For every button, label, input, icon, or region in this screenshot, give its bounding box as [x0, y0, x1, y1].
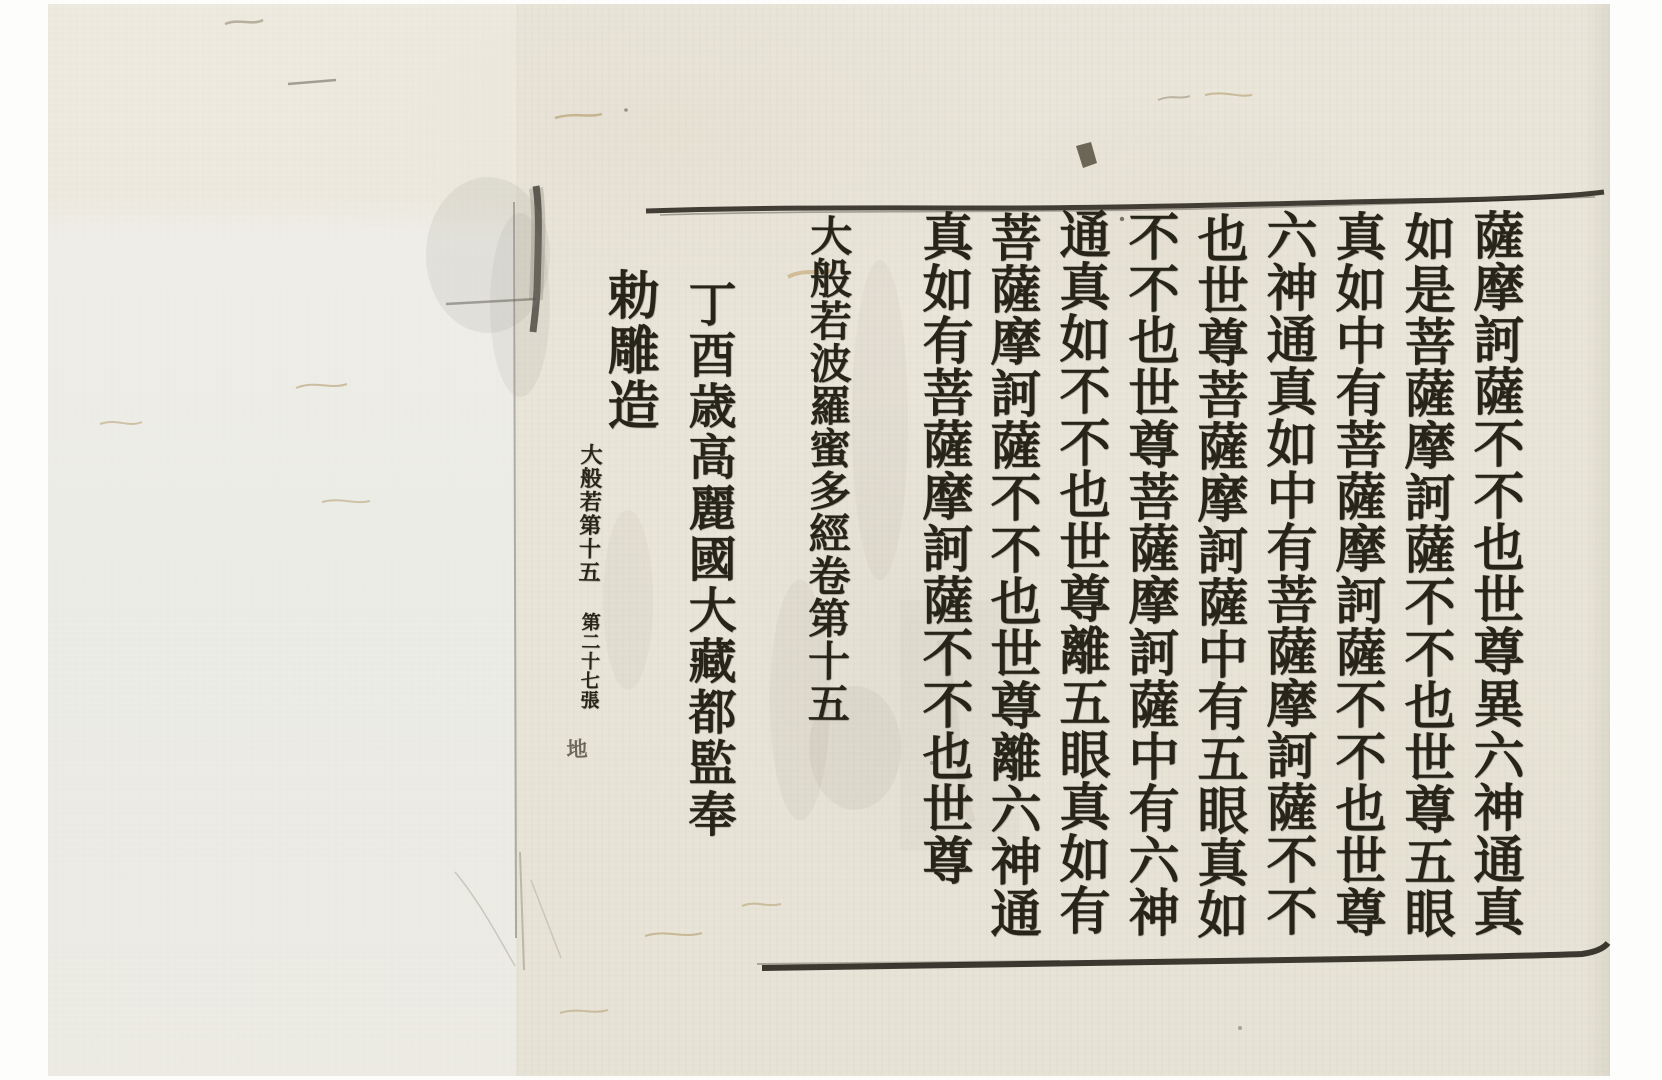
sutra-column-3: 真如中有菩薩摩訶薩不不也世尊 [1330, 210, 1381, 938]
sutra-column-7: 通真如不不也世尊離五眼真如有 [1054, 208, 1105, 936]
printed-text-layer: 薩摩訶薩不不也世尊異六神通真 如是菩薩摩訶薩不不也世尊五眼 真如中有菩薩摩訶薩不… [0, 0, 1662, 1080]
sheet-mark-number: 第二十七張 [578, 612, 599, 710]
scanned-page: 薩摩訶薩不不也世尊異六神通真 如是菩薩摩訶薩不不也世尊五眼 真如中有菩薩摩訶薩不… [0, 0, 1662, 1080]
sutra-column-4: 六神通真如中有菩薩摩訶薩不不 [1261, 209, 1312, 937]
sutra-column-8: 菩薩摩訶薩不不也世尊離六神通 [985, 211, 1036, 939]
sutra-column-6: 不不也世尊菩薩摩訶薩中有六神 [1123, 210, 1174, 938]
scroll-end-title: 大般若波羅蜜多經卷第十五 [805, 214, 850, 724]
sutra-column-9: 真如有菩薩摩訶薩不不也世尊 [917, 210, 968, 886]
sutra-column-1: 薩摩訶薩不不也世尊異六神通真 [1468, 209, 1519, 937]
case-character-mark: 地 [566, 738, 588, 760]
sutra-column-5: 也世尊菩薩摩訶薩中有五眼真如 [1192, 212, 1243, 940]
colophon-date-column: 丁酉歳高麗國大藏都監奉 [684, 279, 732, 840]
sutra-column-2: 如是菩薩摩訶薩不不也世尊五眼 [1399, 211, 1450, 939]
colophon-edict-column: 勅雕造 [602, 268, 654, 433]
sheet-mark-sutra-abbrev: 大般若第十五 [577, 443, 601, 584]
